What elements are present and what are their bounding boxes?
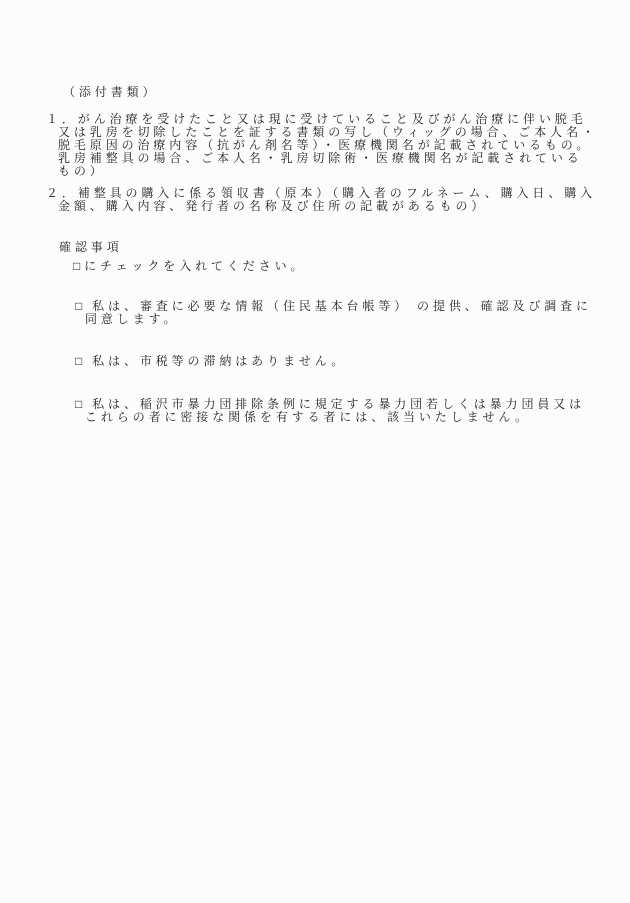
checkbox-instruction: □にチェックを入れてください。 [73, 260, 306, 273]
document-page: （添付書類） １．がん治療を受けたこと又は現に受けていること及びがん治療に伴い脱… [0, 0, 630, 903]
attachment-item-1-line-4: 乳房補整具の場合、ご本人名・乳房切除術・医療機関名が記載されている [58, 152, 583, 165]
checkbox-tax[interactable]: □ [75, 355, 86, 368]
attachment-item-1-line-5: もの） [58, 165, 106, 178]
checkbox-tax-label: 私は、市税等の滞納はありません。 [92, 354, 347, 368]
checkbox-gang-exclusion-label-line-2: これらの者に密接な関係を有する者には、該当いたしません。 [85, 411, 531, 424]
confirmation-header: 確認事項 [59, 241, 123, 254]
attachment-item-2-line-2: 金額、購入内容、発行者の名称及び住所の記載があるもの） [58, 200, 487, 213]
checkbox-gang-exclusion-label-line-1: 私は、稲沢市暴力団排除条例に規定する暴力団若しくは暴力団員又は [92, 397, 585, 411]
checkbox-consent-label-line-1: 私は、審査に必要な情報（住民基本台帳等） の提供、確認及び調査に [92, 299, 592, 313]
checkbox-item-tax: □私は、市税等の滞納はありません。 [75, 355, 347, 368]
attachments-header: （添付書類） [63, 86, 158, 99]
checkbox-consent-label-line-2: 同意します。 [85, 313, 179, 326]
